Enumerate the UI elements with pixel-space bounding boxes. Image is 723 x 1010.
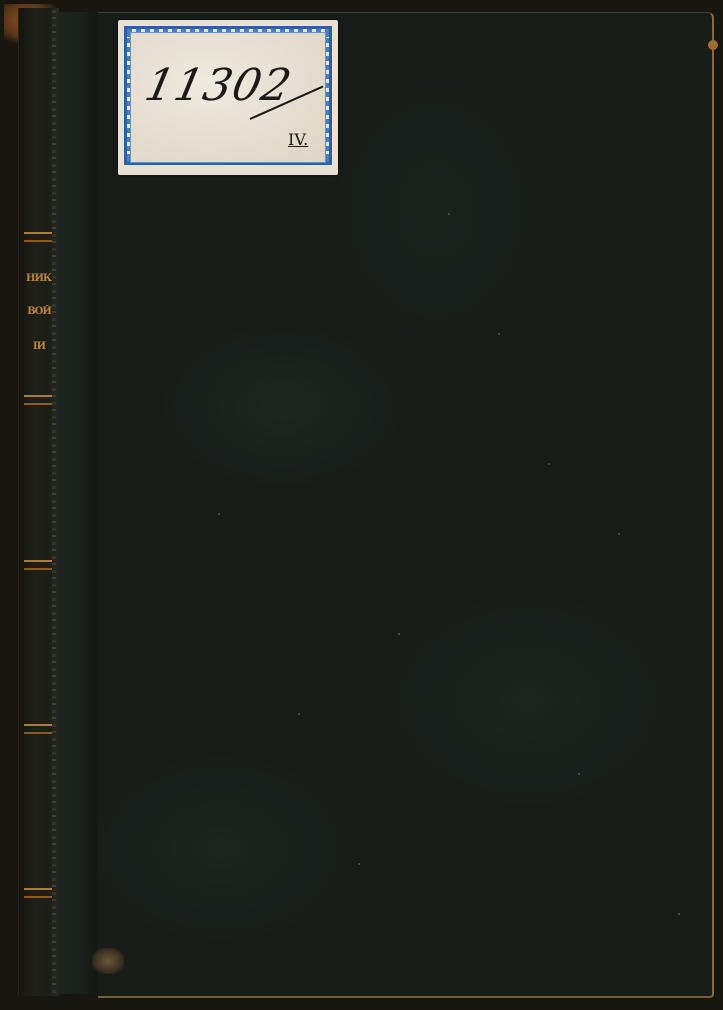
spine-gilt-band bbox=[24, 724, 52, 734]
spine-gilt-band bbox=[24, 888, 52, 898]
spine-title-line: ІИ bbox=[26, 340, 52, 354]
spine-title-line: НИКА bbox=[26, 272, 52, 286]
volume-number: IV. bbox=[288, 130, 308, 149]
corner-wear bbox=[92, 948, 124, 974]
spine-title-line: ВОЙ bbox=[26, 305, 52, 319]
spine-gilt-band bbox=[24, 395, 52, 405]
catalog-number: 11302 bbox=[141, 60, 322, 111]
spine-gilt-band bbox=[24, 232, 52, 242]
library-label: 11302 IV. bbox=[118, 20, 338, 175]
spine-edge bbox=[52, 10, 56, 995]
book-photo: НИКА ВОЙ ІИ 11302 IV. bbox=[0, 0, 723, 1010]
edge-wear bbox=[708, 40, 718, 50]
cover-hinge bbox=[58, 12, 100, 994]
spine-gilt-band bbox=[24, 560, 52, 570]
